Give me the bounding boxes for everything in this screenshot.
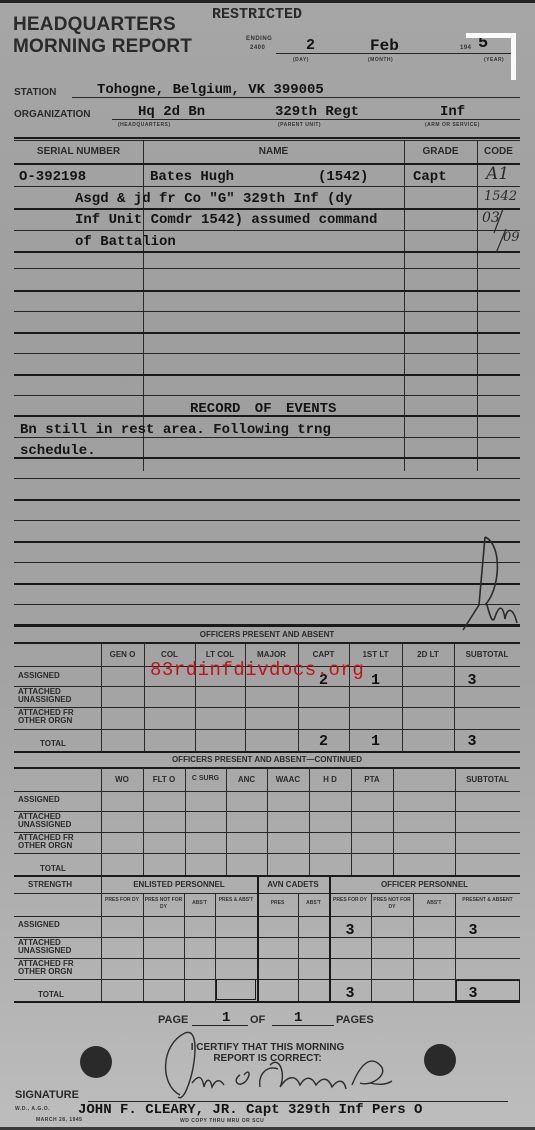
rule xyxy=(14,186,520,187)
col-divider xyxy=(309,768,310,875)
punch-hole-left xyxy=(80,1046,112,1078)
form-title-line1: HEADQUARTERS xyxy=(13,14,176,36)
col-hd: H D xyxy=(309,775,351,784)
row-label-attached-unassigned: ATTACHED UNASSIGNED xyxy=(18,939,98,955)
col-capt: CAPT xyxy=(298,650,349,659)
officers-present-title: OFFICERS PRESENT AND ABSENT xyxy=(14,630,520,639)
col-divider xyxy=(393,768,394,875)
sub-off-pres-for-dy: PRES FOR DY xyxy=(329,897,371,904)
sub-pres-and-abst: PRES & ABS'T xyxy=(215,897,257,904)
row-label-attached-unassigned: ATTACHED UNASSIGNED xyxy=(18,813,98,829)
group-avn-cadets: AVN CADETS xyxy=(257,880,329,889)
rule xyxy=(14,499,520,501)
col-anc: ANC xyxy=(226,775,267,784)
table-top-rule-2 xyxy=(14,140,520,141)
row-label-assigned: ASSIGNED xyxy=(18,921,60,929)
col-divider-name xyxy=(404,141,405,471)
rule xyxy=(14,624,520,627)
organization-label: ORGANIZATION xyxy=(14,109,90,120)
rule xyxy=(14,520,520,521)
enlisted-total-box xyxy=(216,979,256,1000)
station-label: STATION xyxy=(14,87,56,98)
parent-unit-value: 329th Regt xyxy=(275,104,359,120)
year-prefix: 194 xyxy=(460,45,472,51)
ending-time-label: 2400 xyxy=(250,45,265,51)
strength-label: STRENGTH xyxy=(28,881,72,889)
rule xyxy=(14,251,520,253)
corner-bracket-top xyxy=(466,33,516,38)
col-1st-lt: 1ST LT xyxy=(349,650,402,659)
arm-of-service-value: Inf xyxy=(440,104,465,120)
form-title-line2: MORNING REPORT xyxy=(13,36,192,58)
group-enlisted: ENLISTED PERSONNEL xyxy=(101,880,257,889)
rule xyxy=(14,562,520,563)
col-divider xyxy=(455,768,456,875)
year-caption: (YEAR) xyxy=(484,57,504,63)
page-total: 1 xyxy=(294,1010,302,1026)
col-subtotal-continued: SUBTOTAL xyxy=(455,775,520,784)
col-gen-o: GEN O xyxy=(101,650,144,659)
rule xyxy=(14,374,520,376)
headquarters-caption: (HEADQUARTERS) xyxy=(118,122,171,128)
form-id-line-1: W.D., A.G.O. xyxy=(15,1106,50,1112)
assigned-officer-pres-for-dy: 3 xyxy=(329,922,371,939)
rule xyxy=(14,916,520,917)
col-col: COL xyxy=(144,650,195,659)
sub-pres-for-dy: PRES FOR DY xyxy=(101,897,143,904)
assigned-officer-present-absent: 3 xyxy=(455,922,491,939)
rule xyxy=(14,686,520,687)
rule xyxy=(14,958,520,959)
headquarters-value: Hq 2d Bn xyxy=(138,104,205,120)
rule xyxy=(14,230,520,231)
col-divider xyxy=(267,768,268,875)
col-divider xyxy=(143,768,144,875)
rule xyxy=(14,268,520,269)
morning-report-page: HEADQUARTERS MORNING REPORT RESTRICTED E… xyxy=(0,0,535,1130)
col-major: MAJOR xyxy=(245,650,298,659)
col-divider-grade xyxy=(477,141,478,471)
rule xyxy=(14,208,520,210)
classification-stamp: RESTRICTED xyxy=(212,6,302,23)
rule xyxy=(14,541,520,543)
record-of-events-title: RECORD OF EVENTS xyxy=(190,401,336,417)
col-waac: WAAC xyxy=(267,775,309,784)
total-officer-pres-for-dy: 3 xyxy=(329,985,371,1002)
col-divider xyxy=(351,768,352,875)
col-divider xyxy=(185,768,186,875)
signature-label: SIGNATURE xyxy=(15,1089,79,1101)
entry-grade: Capt xyxy=(413,169,447,185)
entry-remark-line-2: Inf Unit Comdr 1542) assumed command xyxy=(75,212,377,228)
parent-unit-caption: (PARENT UNIT) xyxy=(278,122,321,128)
report-month: Feb xyxy=(370,37,399,55)
row-label-attached-other: ATTACHED FR OTHER ORGN xyxy=(18,960,98,976)
signer-typed-name: JOHN F. CLEARY, JR. Capt 329th Inf Pers … xyxy=(78,1102,422,1118)
rule xyxy=(14,478,520,479)
group-officer: OFFICER PERSONNEL xyxy=(329,880,520,889)
col-divider xyxy=(184,894,185,1001)
top-border xyxy=(0,0,535,3)
sub-pres-not-for-dy: PRES NOT FOR DY xyxy=(143,897,184,911)
rule xyxy=(14,1001,520,1003)
rule xyxy=(14,163,520,165)
rule xyxy=(14,353,520,354)
rule xyxy=(14,729,520,730)
arm-of-service-caption: (ARM OR SERVICE) xyxy=(425,122,480,128)
sub-avn-abst: ABS'T xyxy=(298,900,329,907)
rule xyxy=(14,583,520,585)
entry-remark-line-1: Asgd & jd fr Co "G" 329th Inf (dy xyxy=(75,191,352,207)
group-divider xyxy=(257,876,259,1001)
col-divider xyxy=(226,768,227,875)
rule xyxy=(14,751,520,753)
copy-note: WD COPY THRU MRU OR SCU xyxy=(180,1118,264,1124)
entry-remark-line-3: of Battalion xyxy=(75,234,176,250)
day-caption: (DAY) xyxy=(293,57,309,63)
col-header-serial: SERIAL NUMBER xyxy=(14,146,143,157)
watermark: 83rdinfdivdocs.org xyxy=(150,659,364,681)
table-top-rule xyxy=(14,137,520,139)
punch-hole-right xyxy=(424,1044,456,1076)
rule xyxy=(14,395,520,396)
ending-label: ENDING xyxy=(246,36,272,42)
event-line-1: Bn still in rest area. Following trng xyxy=(20,422,331,438)
col-header-code: CODE xyxy=(477,146,520,157)
col-divider xyxy=(413,894,414,1001)
col-lt-col: LT COL xyxy=(195,650,245,659)
total-1st-lt: 1 xyxy=(349,733,402,750)
entry-mos: (1542) xyxy=(318,169,368,185)
col-pta: PTA xyxy=(351,775,393,784)
col-divider xyxy=(402,643,403,751)
page-current: 1 xyxy=(222,1010,230,1026)
col-divider xyxy=(101,876,102,1001)
handwritten-code-1: 1542 xyxy=(484,189,517,204)
station-value: Tohogne, Belgium, VK 399005 xyxy=(97,82,324,98)
col-divider xyxy=(298,894,299,1001)
sub-abst: ABS'T xyxy=(184,900,215,907)
sub-off-pres-not-for-dy: PRES NOT FOR DY xyxy=(371,897,413,911)
entry-serial-number: O-392198 xyxy=(19,169,86,185)
event-line-2: schedule. xyxy=(20,443,96,459)
row-label-attached-unassigned: ATTACHED UNASSIGNED xyxy=(18,688,98,704)
col-divider xyxy=(101,768,102,875)
rule xyxy=(14,642,520,644)
sub-avn-pres: PRES xyxy=(257,900,298,907)
form-id-line-2: MARCH 28, 1945 xyxy=(36,1117,82,1123)
entry-code: A1 xyxy=(486,164,509,184)
month-caption: (MONTH) xyxy=(368,57,393,63)
handwritten-initials xyxy=(455,535,525,635)
row-label-assigned: ASSIGNED xyxy=(18,672,60,680)
row-label-attached-other: ATTACHED FR OTHER ORGN xyxy=(18,834,98,850)
sub-off-abst: ABS'T xyxy=(413,900,455,907)
rule xyxy=(14,893,520,894)
rule xyxy=(14,604,520,605)
rule xyxy=(14,311,520,312)
row-label-total: TOTAL xyxy=(40,865,66,873)
total-subtotal: 3 xyxy=(454,733,490,750)
sub-off-present-absent: PRESENT & ABSENT xyxy=(455,897,520,904)
col-divider xyxy=(101,643,102,751)
report-day: 2 xyxy=(306,37,315,54)
corner-bracket-side xyxy=(511,33,516,80)
row-label-total: TOTAL xyxy=(38,991,64,999)
assigned-subtotal: 3 xyxy=(454,672,490,689)
row-label-attached-other: ATTACHED FR OTHER ORGN xyxy=(18,709,98,725)
col-flt-o: FLT O xyxy=(143,775,185,784)
col-c-surg: C SURG xyxy=(185,775,226,782)
rule xyxy=(14,707,520,708)
col-2d-lt: 2D LT xyxy=(402,650,454,659)
row-label-total: TOTAL xyxy=(40,740,66,748)
rule xyxy=(14,937,520,938)
col-wo: WO xyxy=(101,775,143,784)
row-label-assigned: ASSIGNED xyxy=(18,796,60,804)
officers-continued-title: OFFICERS PRESENT AND ABSENT—CONTINUED xyxy=(14,755,520,764)
rule xyxy=(14,332,520,334)
handwritten-signature xyxy=(120,1025,400,1105)
rule xyxy=(14,979,520,980)
handwritten-slash-marks xyxy=(478,205,523,255)
rule xyxy=(14,875,520,877)
total-officer-present-absent: 3 xyxy=(455,985,491,1002)
col-divider xyxy=(144,643,145,751)
col-subtotal: SUBTOTAL xyxy=(454,650,520,659)
total-capt: 2 xyxy=(298,733,349,750)
rule xyxy=(14,290,520,292)
col-header-name: NAME xyxy=(143,146,404,157)
col-header-grade: GRADE xyxy=(404,146,477,157)
entry-name: Bates Hugh xyxy=(150,169,234,185)
